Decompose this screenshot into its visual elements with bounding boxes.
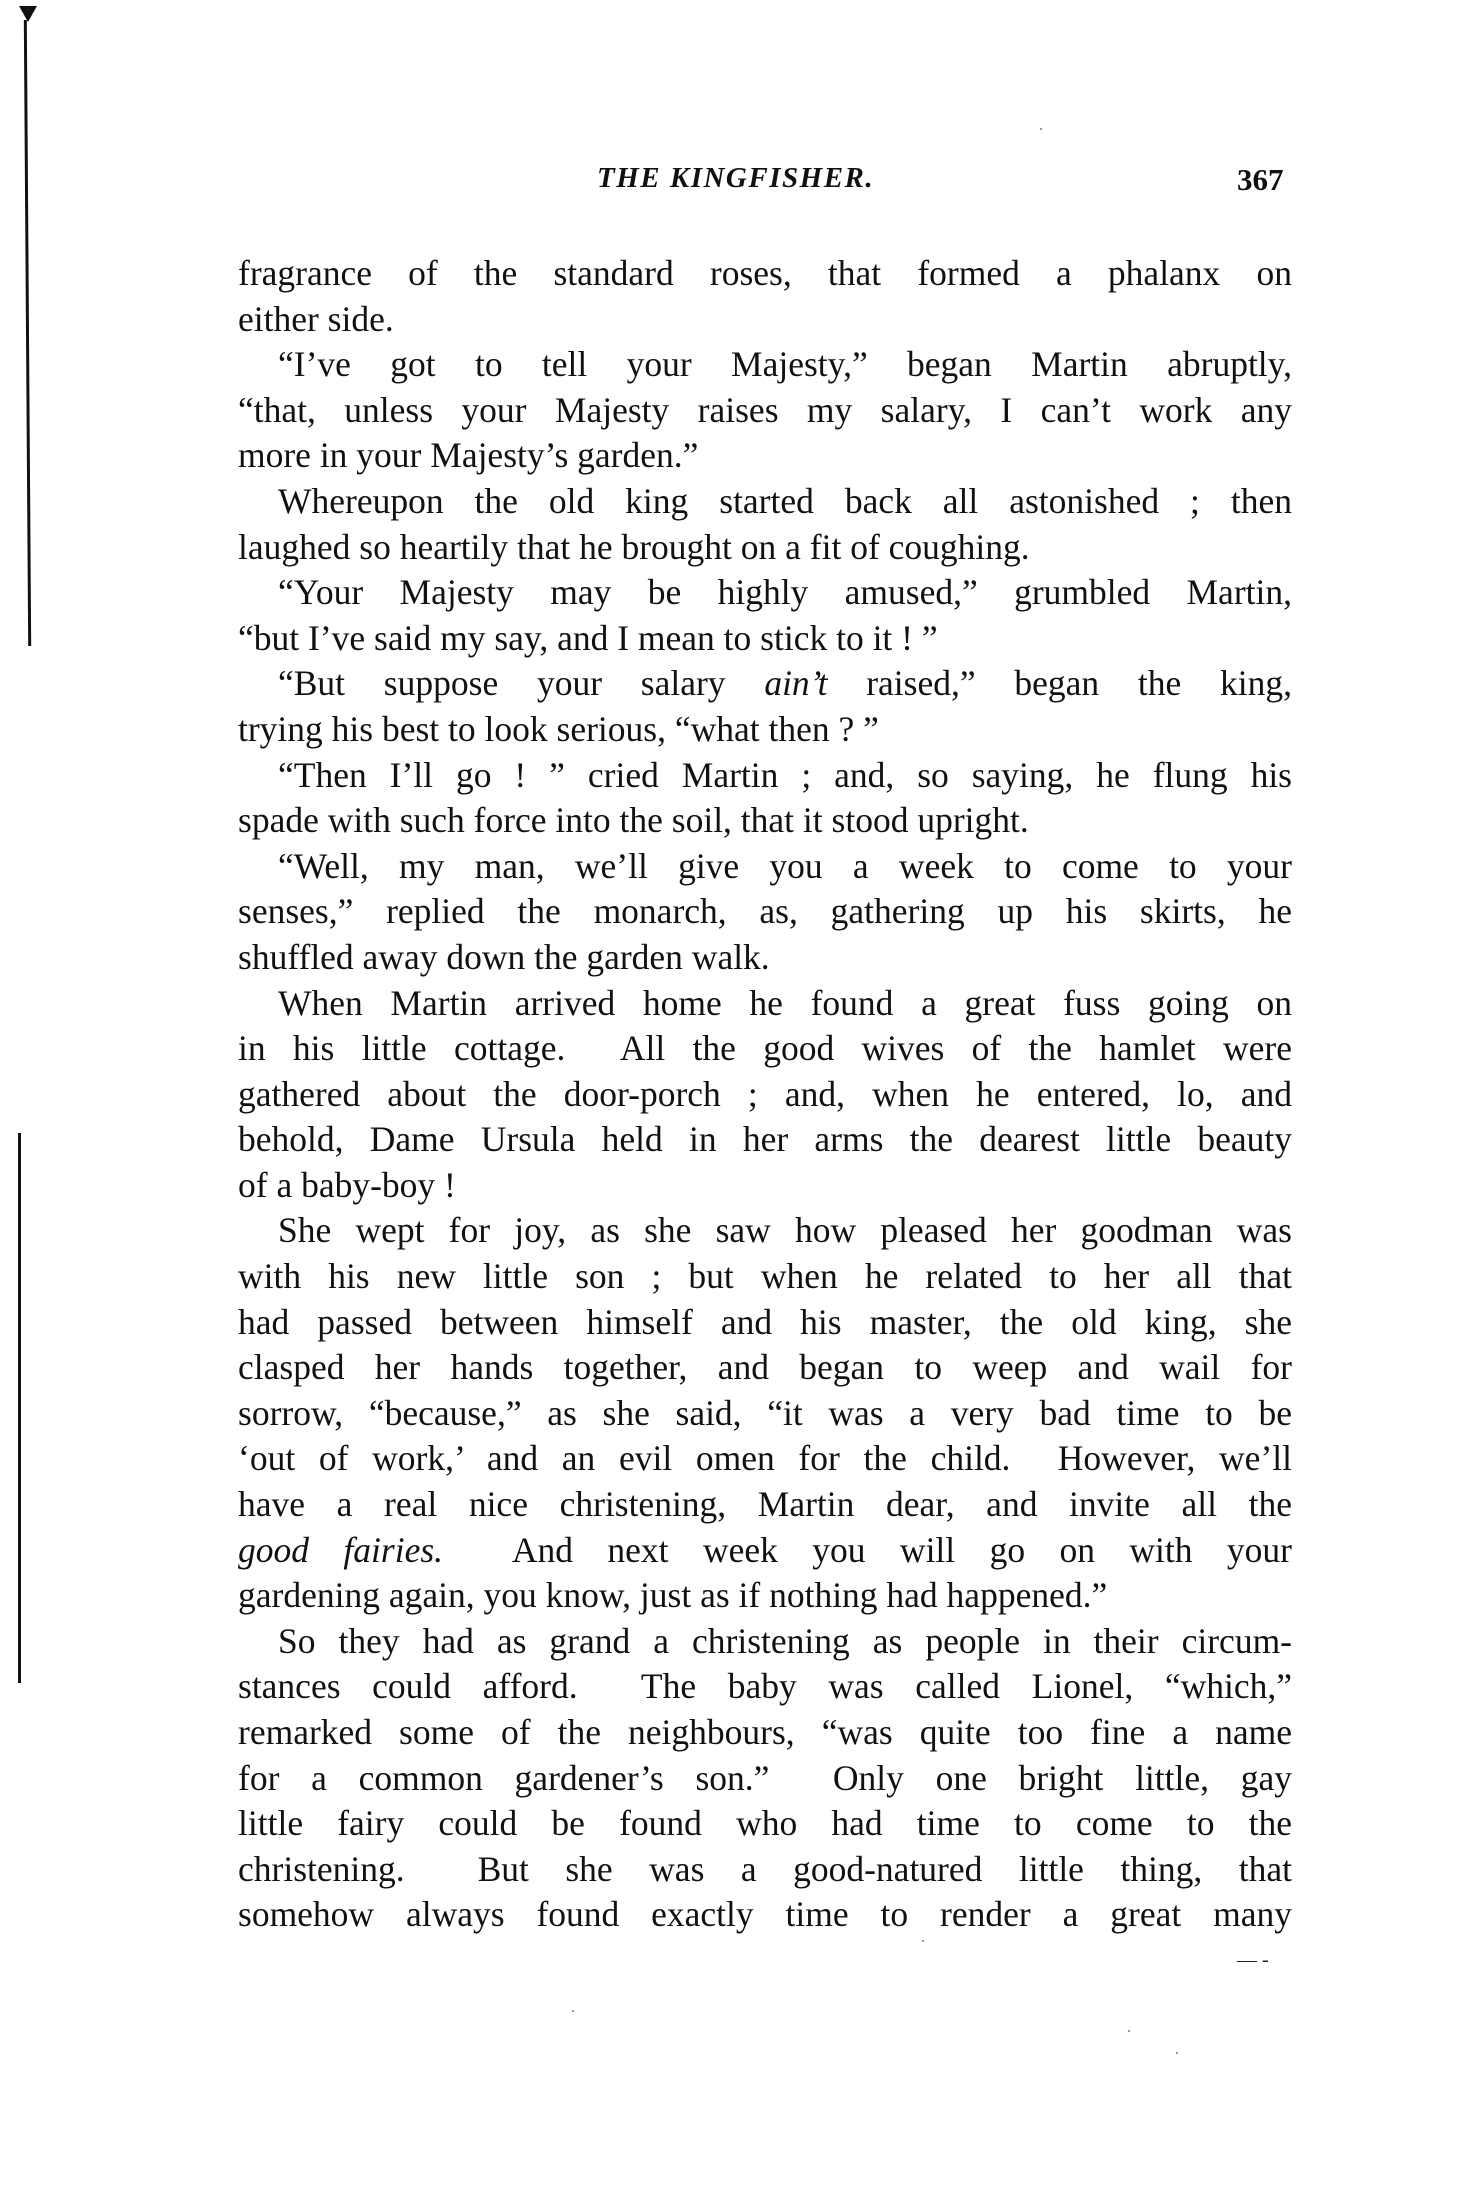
text-line: “that, unless your Majesty raises my sal… (238, 388, 1292, 434)
scan-speck (572, 2010, 574, 2012)
body-text: fragrance of the standard roses, that fo… (238, 251, 1292, 1938)
scan-speck (1040, 128, 1042, 130)
text-line: little fairy could be found who had time… (238, 1801, 1292, 1847)
text-line: for a common gardener’s son.” Only one b… (238, 1756, 1292, 1802)
scan-speck (1176, 2052, 1178, 2054)
catch-mark: — - (1237, 1955, 1269, 1965)
text-line: “but I’ve said my say, and I mean to sti… (238, 616, 1292, 662)
text-line: “Well, my man, we’ll give you a week to … (238, 844, 1292, 890)
text-line: “I’ve got to tell your Majesty,” began M… (238, 342, 1292, 388)
text-line: somehow always found exactly time to ren… (238, 1892, 1292, 1938)
italic-emphasis: ain’t (764, 663, 827, 703)
text-line: good fairies. And next week you will go … (238, 1528, 1292, 1574)
page-number: 367 (1237, 162, 1284, 198)
margin-binding-rule-lower (18, 1133, 21, 1683)
text-line: christening. But she was a good-natured … (238, 1847, 1292, 1893)
text-line: fragrance of the standard roses, that fo… (238, 251, 1292, 297)
text-line: Whereupon the old king started back all … (238, 479, 1292, 525)
text-line: “Your Majesty may be highly amused,” gru… (238, 570, 1292, 616)
text-line: in his little cottage. All the good wive… (238, 1026, 1292, 1072)
text-line: “Then I’ll go ! ” cried Martin ; and, so… (238, 753, 1292, 799)
text-line: When Martin arrived home he found a grea… (238, 981, 1292, 1027)
text-line: So they had as grand a christening as pe… (238, 1619, 1292, 1665)
text-line: laughed so heartily that he brought on a… (238, 525, 1292, 571)
text-line: stances could afford. The baby was calle… (238, 1664, 1292, 1710)
text-line: She wept for joy, as she saw how pleased… (238, 1208, 1292, 1254)
margin-binding-rule (24, 20, 31, 646)
text-line: have a real nice christening, Martin dea… (238, 1482, 1292, 1528)
italic-emphasis: good fairies. (238, 1530, 443, 1570)
scan-speck (922, 1940, 924, 1942)
text-line: either side. (238, 297, 1292, 343)
text-line: gathered about the door-porch ; and, whe… (238, 1072, 1292, 1118)
text-line: sorrow, “because,” as she said, “it was … (238, 1391, 1292, 1437)
text-line: shuffled away down the garden walk. (238, 935, 1292, 981)
text-line: clasped her hands together, and began to… (238, 1345, 1292, 1391)
text-line: “But suppose your salary ain’t raised,” … (238, 661, 1292, 707)
text-line: spade with such force into the soil, tha… (238, 798, 1292, 844)
text-line: behold, Dame Ursula held in her arms the… (238, 1117, 1292, 1163)
text-run: raised,” began the king, (827, 663, 1292, 703)
text-line: of a baby-boy ! (238, 1163, 1292, 1209)
text-line: gardening again, you know, just as if no… (238, 1573, 1292, 1619)
text-run: And next week you will go on with your (443, 1530, 1292, 1570)
text-line: more in your Majesty’s garden.” (238, 433, 1292, 479)
text-line: ‘out of work,’ and an evil omen for the … (238, 1436, 1292, 1482)
margin-rule-triangle-icon (19, 6, 37, 22)
running-head: THE KINGFISHER. (597, 160, 874, 196)
text-line: had passed between himself and his maste… (238, 1300, 1292, 1346)
text-line: trying his best to look serious, “what t… (238, 707, 1292, 753)
text-run: “But suppose your salary (278, 663, 764, 703)
scan-speck (1128, 2030, 1130, 2032)
text-line: remarked some of the neighbours, “was qu… (238, 1710, 1292, 1756)
text-line: senses,” replied the monarch, as, gather… (238, 889, 1292, 935)
text-line: with his new little son ; but when he re… (238, 1254, 1292, 1300)
